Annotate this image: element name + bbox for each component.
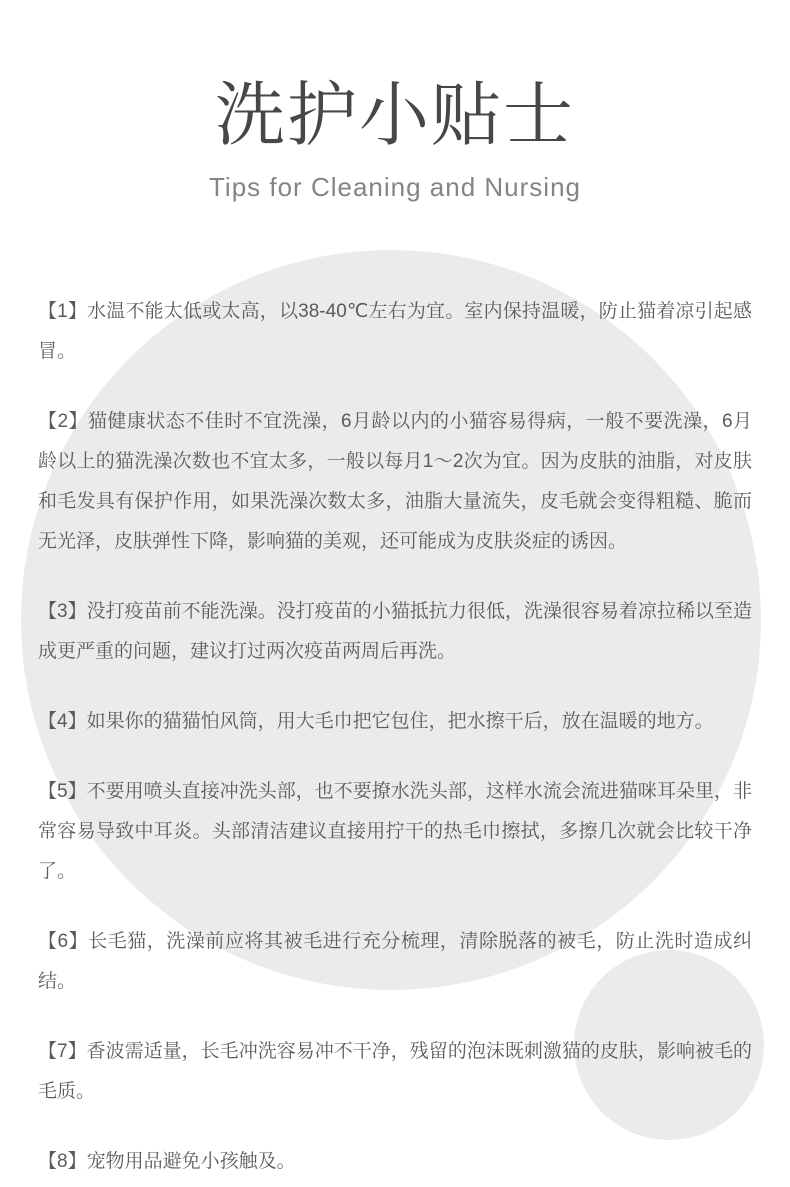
tip-item-2: 【2】猫健康状态不佳时不宜洗澡，6月龄以内的小猫容易得病，一般不要洗澡，6月龄以… (38, 402, 752, 562)
header: 洗护小贴士 Tips for Cleaning and Nursing (0, 0, 790, 200)
tip-text-2: 猫健康状态不佳时不宜洗澡，6月龄以内的小猫容易得病，一般不要洗澡，6月龄以上的猫… (38, 411, 752, 552)
tip-index-7: 【7】 (38, 1041, 87, 1062)
tip-item-5: 【5】不要用喷头直接冲洗头部，也不要撩水洗头部，这样水流会流进猫咪耳朵里，非常容… (38, 772, 752, 892)
tip-index-5: 【5】 (38, 781, 87, 802)
tip-text-5: 不要用喷头直接冲洗头部，也不要撩水洗头部，这样水流会流进猫咪耳朵里，非常容易导致… (38, 781, 752, 882)
page-title: 洗护小贴士 (0, 0, 790, 150)
tip-item-3: 【3】没打疫苗前不能洗澡。没打疫苗的小猫抵抗力很低，洗澡很容易着凉拉稀以至造成更… (38, 592, 752, 672)
tips-poster-page: 洗护小贴士 Tips for Cleaning and Nursing 【1】水… (0, 0, 790, 1187)
tip-text-1: 水温不能太低或太高，以38-40℃左右为宜。室内保持温暖，防止猫着凉引起感冒。 (38, 301, 752, 362)
tip-text-3: 没打疫苗前不能洗澡。没打疫苗的小猫抵抗力很低，洗澡很容易着凉拉稀以至造成更严重的… (38, 601, 752, 662)
tip-item-8: 【8】宠物用品避免小孩触及。 (38, 1142, 752, 1182)
tip-index-3: 【3】 (38, 601, 87, 622)
tip-item-4: 【4】如果你的猫猫怕风筒，用大毛巾把它包住，把水擦干后，放在温暖的地方。 (38, 702, 752, 742)
tip-item-1: 【1】水温不能太低或太高，以38-40℃左右为宜。室内保持温暖，防止猫着凉引起感… (38, 292, 752, 372)
tip-index-8: 【8】 (38, 1151, 87, 1172)
tip-index-4: 【4】 (38, 711, 87, 732)
tip-text-8: 宠物用品避免小孩触及。 (87, 1151, 296, 1172)
tip-index-1: 【1】 (38, 301, 87, 322)
tip-text-4: 如果你的猫猫怕风筒，用大毛巾把它包住，把水擦干后，放在温暖的地方。 (87, 711, 714, 732)
tip-text-6: 长毛猫，洗澡前应将其被毛进行充分梳理，清除脱落的被毛，防止洗时造成纠结。 (38, 931, 752, 992)
tip-index-6: 【6】 (38, 931, 88, 952)
tip-item-6: 【6】长毛猫，洗澡前应将其被毛进行充分梳理，清除脱落的被毛，防止洗时造成纠结。 (38, 922, 752, 1002)
tip-item-7: 【7】香波需适量，长毛冲洗容易冲不干净，残留的泡沫既刺激猫的皮肤，影响被毛的毛质… (38, 1032, 752, 1112)
tips-list: 【1】水温不能太低或太高，以38-40℃左右为宜。室内保持温暖，防止猫着凉引起感… (0, 292, 790, 1182)
tip-text-7: 香波需适量，长毛冲洗容易冲不干净，残留的泡沫既刺激猫的皮肤，影响被毛的毛质。 (38, 1041, 752, 1102)
tip-index-2: 【2】 (38, 411, 88, 432)
page-subtitle: Tips for Cleaning and Nursing (0, 174, 790, 200)
